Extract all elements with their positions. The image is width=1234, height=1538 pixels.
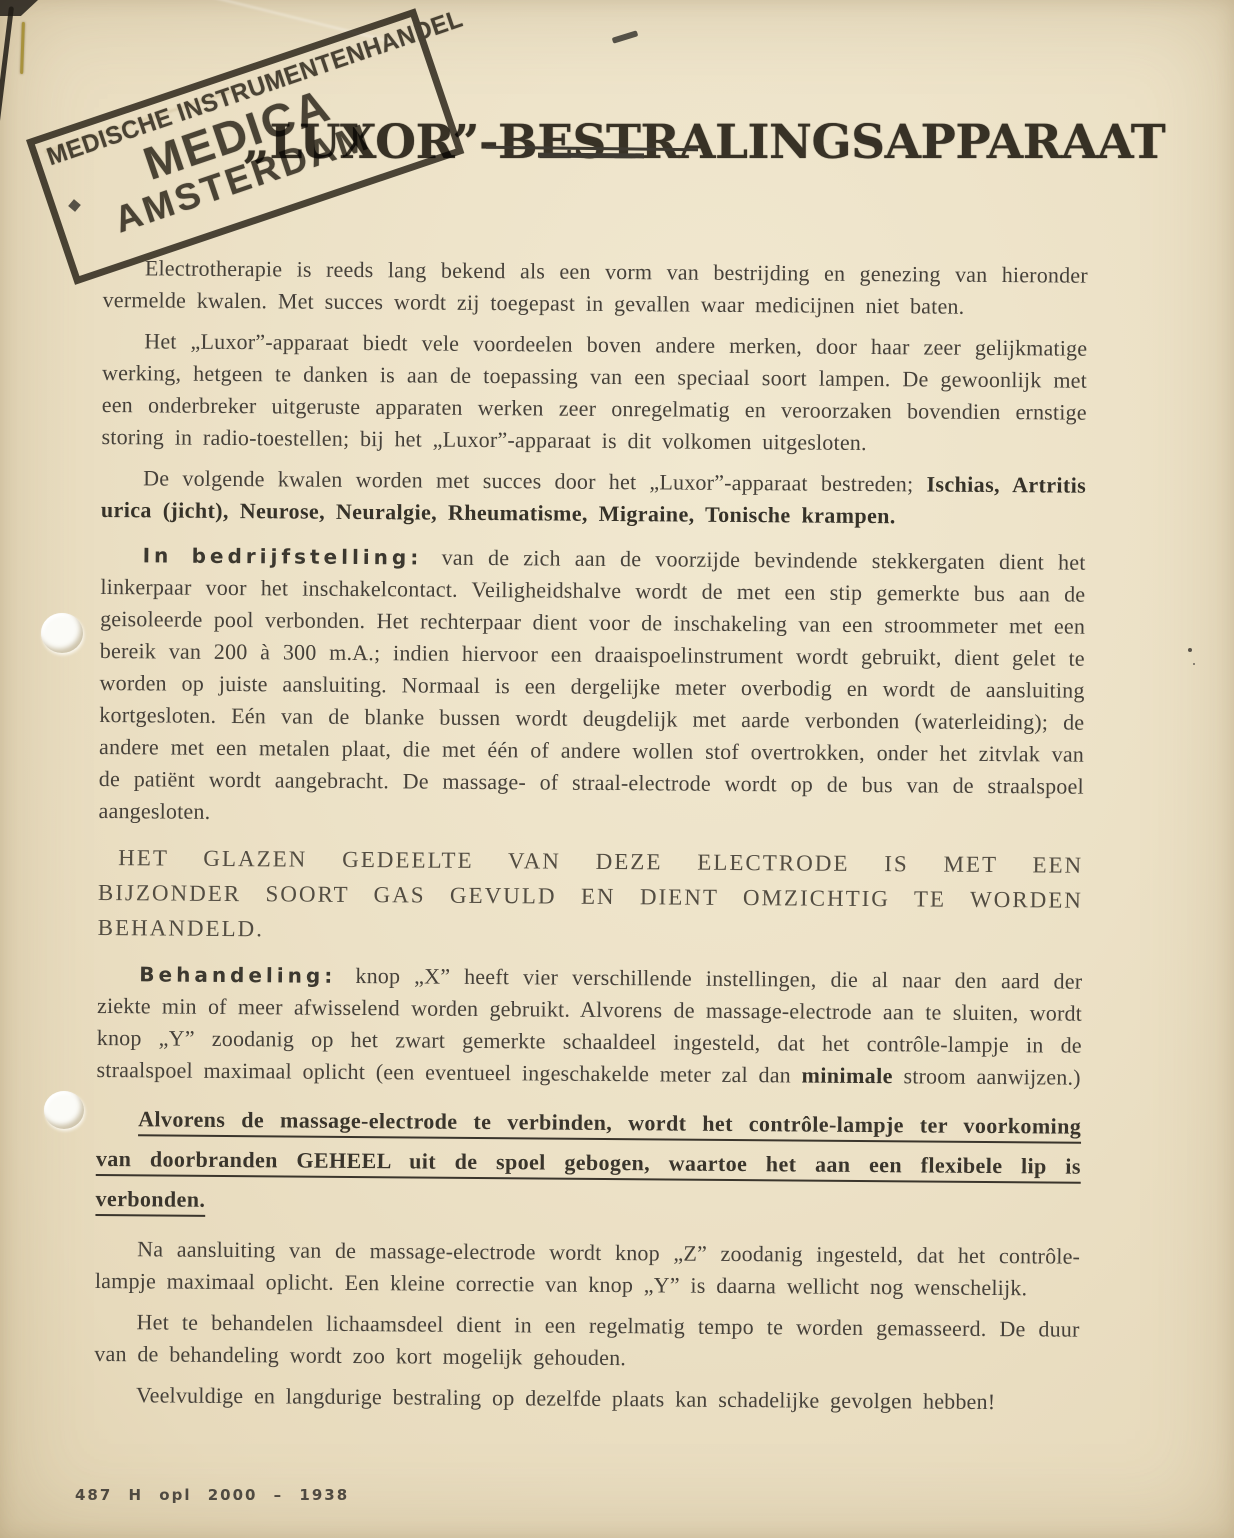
punch-hole-top (41, 613, 83, 653)
paragraph-operation: In bedrijfstelling: van de zich aan de v… (98, 539, 1085, 835)
scan-edge-mark (0, 6, 14, 138)
scan-speck (1188, 648, 1192, 652)
stamp-dash-mark (612, 30, 639, 43)
paragraph-glass-warning: HET GLAZEN GEDEELTE VAN DEZE ELECTRODE I… (98, 840, 1084, 953)
paragraph-massage: Het te behandelen lichaamsdeel dient in … (94, 1306, 1079, 1378)
treatment-body-text-2: stroom aanwijzen.) (893, 1063, 1081, 1089)
ailments-intro-text: De volgende kwalen worden met succes doo… (143, 465, 926, 496)
page-title: „LUXOR”-BESTRALINGSAPPARAAT (243, 115, 1165, 170)
paragraph-advantages: Het „Luxor”-apparaat biedt vele voordeel… (101, 325, 1087, 461)
punch-hole-bottom (44, 1091, 84, 1129)
treatment-heading: Behandeling: (139, 962, 355, 988)
paragraph-intro: Electrotherapie is reeds lang bekend als… (102, 252, 1087, 324)
treatment-bold-word: minimale (802, 1063, 893, 1089)
staple-mark (20, 22, 25, 74)
paragraph-ailments: De volgende kwalen worden met succes doo… (101, 462, 1086, 534)
paragraph-adjustment: Na aansluiting van de massage-electrode … (95, 1233, 1080, 1305)
paragraph-treatment: Behandeling: knop „X” heeft vier verschi… (96, 958, 1082, 1094)
document-body: Electrotherapie is reeds lang bekend als… (94, 252, 1088, 1419)
scan-corner-mark (0, 0, 38, 16)
paragraph-caution: Alvorens de massage-electrode te verbind… (95, 1099, 1081, 1227)
scanned-document-page: { "stamp": { "line1": "MEDISCHE INSTRUME… (0, 0, 1234, 1538)
paragraph-final-warning: Veelvuldige en langdurige bestraling op … (94, 1379, 1079, 1419)
operation-heading: In bedrijfstelling: (143, 543, 442, 569)
footer-imprint: 487 H opl 2000 – 1938 (75, 1486, 349, 1504)
operation-body-text: van de zich aan de voorzijde bevindende … (99, 545, 1086, 824)
title-underline-thick (538, 153, 644, 159)
